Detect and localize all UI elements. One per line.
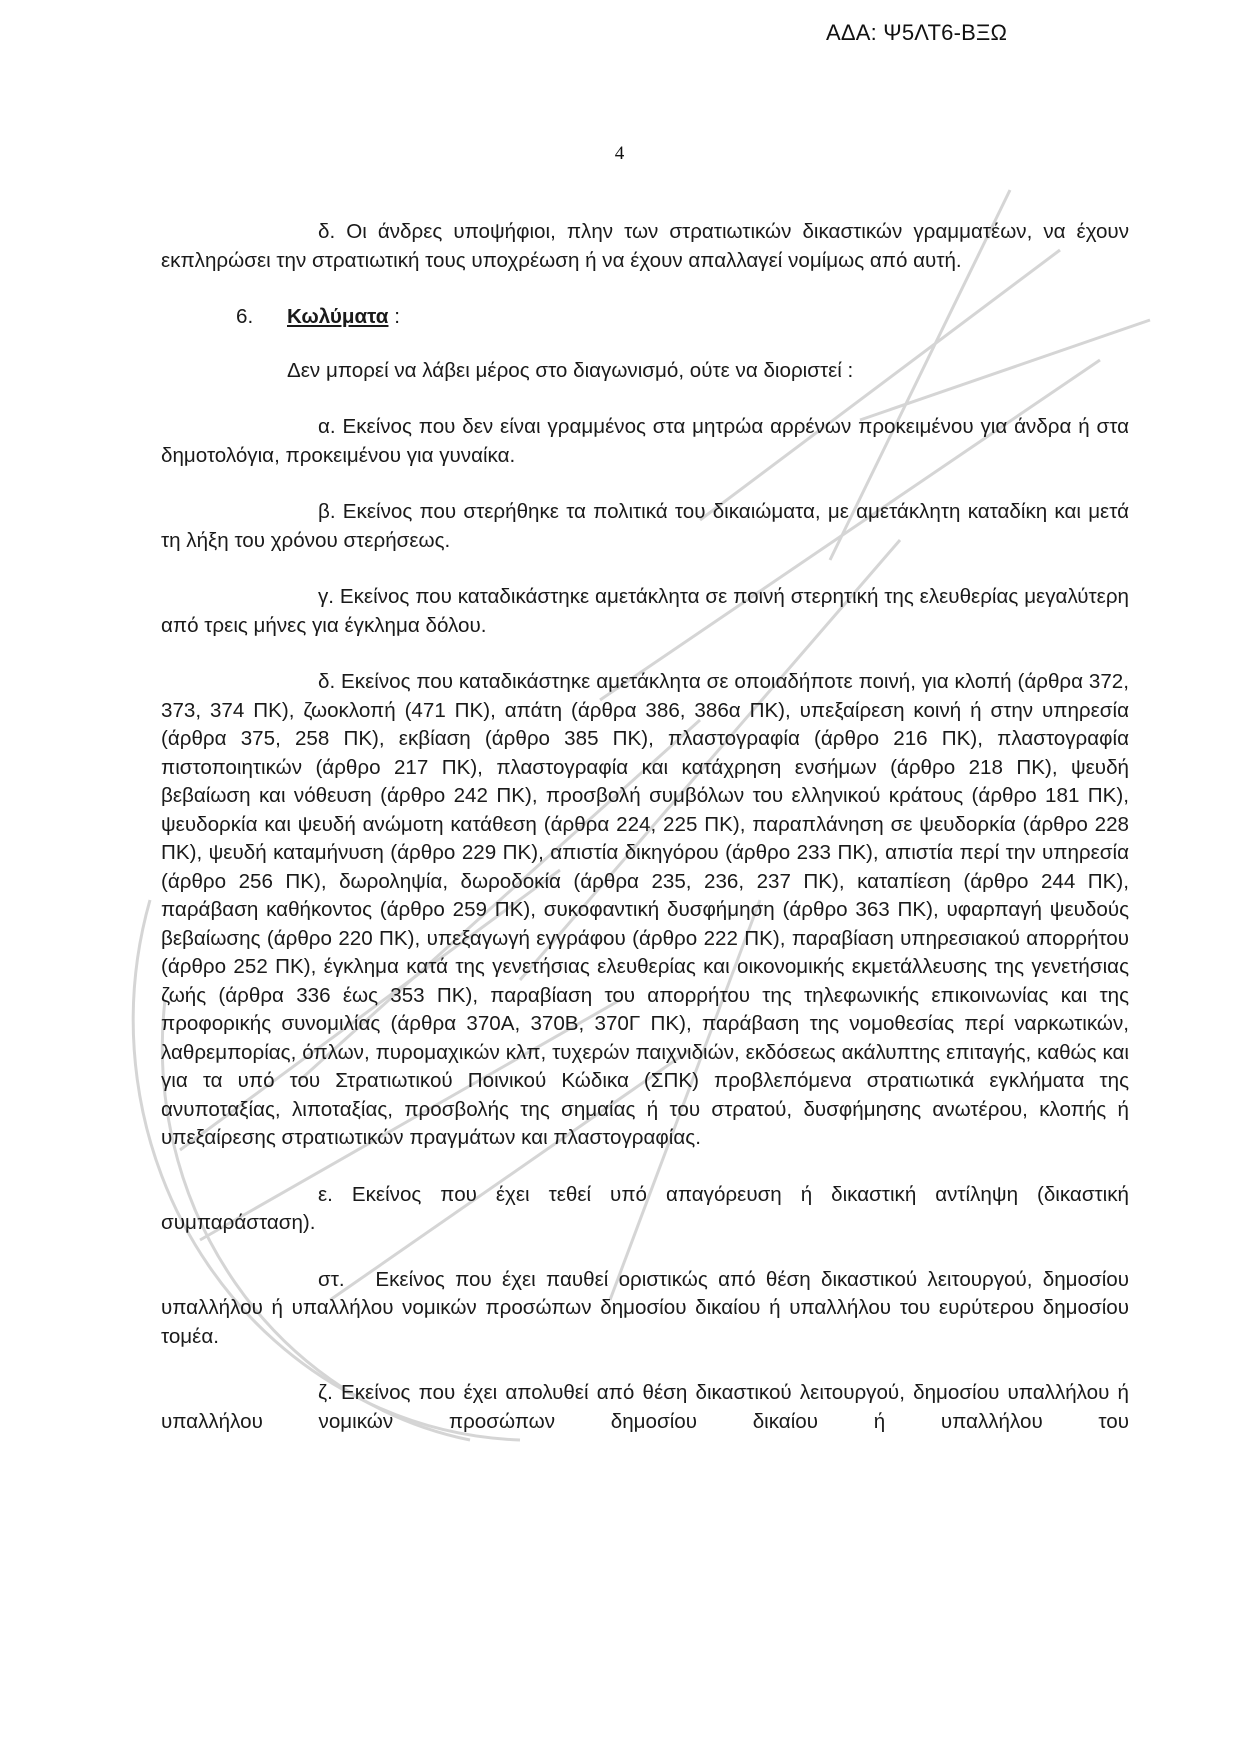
list-item-gamma: γ. Εκείνος που καταδικάστηκε αμετάκλητα … [161, 583, 1129, 640]
section-title: Κωλύματα [287, 305, 388, 328]
list-item-zeta: ζ. Εκείνος που έχει απολυθεί από θέση δι… [161, 1379, 1129, 1436]
section-title-suffix: : [388, 305, 399, 328]
section-number: 6. [236, 303, 287, 332]
section-intro: Δεν μπορεί να λάβει μέρος στο διαγωνισμό… [161, 357, 1129, 386]
paragraph-delta-prev: δ. Οι άνδρες υποψήφιοι, πλην των στρατιω… [161, 218, 1129, 275]
list-item-beta: β. Εκείνος που στερήθηκε τα πολιτικά του… [161, 498, 1129, 555]
page-number: 4 [0, 143, 1239, 165]
list-item-delta: δ. Εκείνος που καταδικάστηκε αμετάκλητα … [161, 668, 1129, 1153]
list-item-stigma: στ. Εκείνος που έχει παυθεί οριστικώς απ… [161, 1266, 1129, 1352]
list-item-alpha: α. Εκείνος που δεν είναι γραμμένος στα μ… [161, 413, 1129, 470]
document-body: δ. Οι άνδρες υποψήφιοι, πλην των στρατιω… [161, 218, 1129, 1436]
section-heading: 6.Κωλύματα : [161, 303, 1129, 332]
ada-code: ΑΔΑ: Ψ5ΛΤ6-ΒΞΩ [826, 20, 1007, 46]
list-item-epsilon: ε. Εκείνος που έχει τεθεί υπό απαγόρευση… [161, 1181, 1129, 1238]
